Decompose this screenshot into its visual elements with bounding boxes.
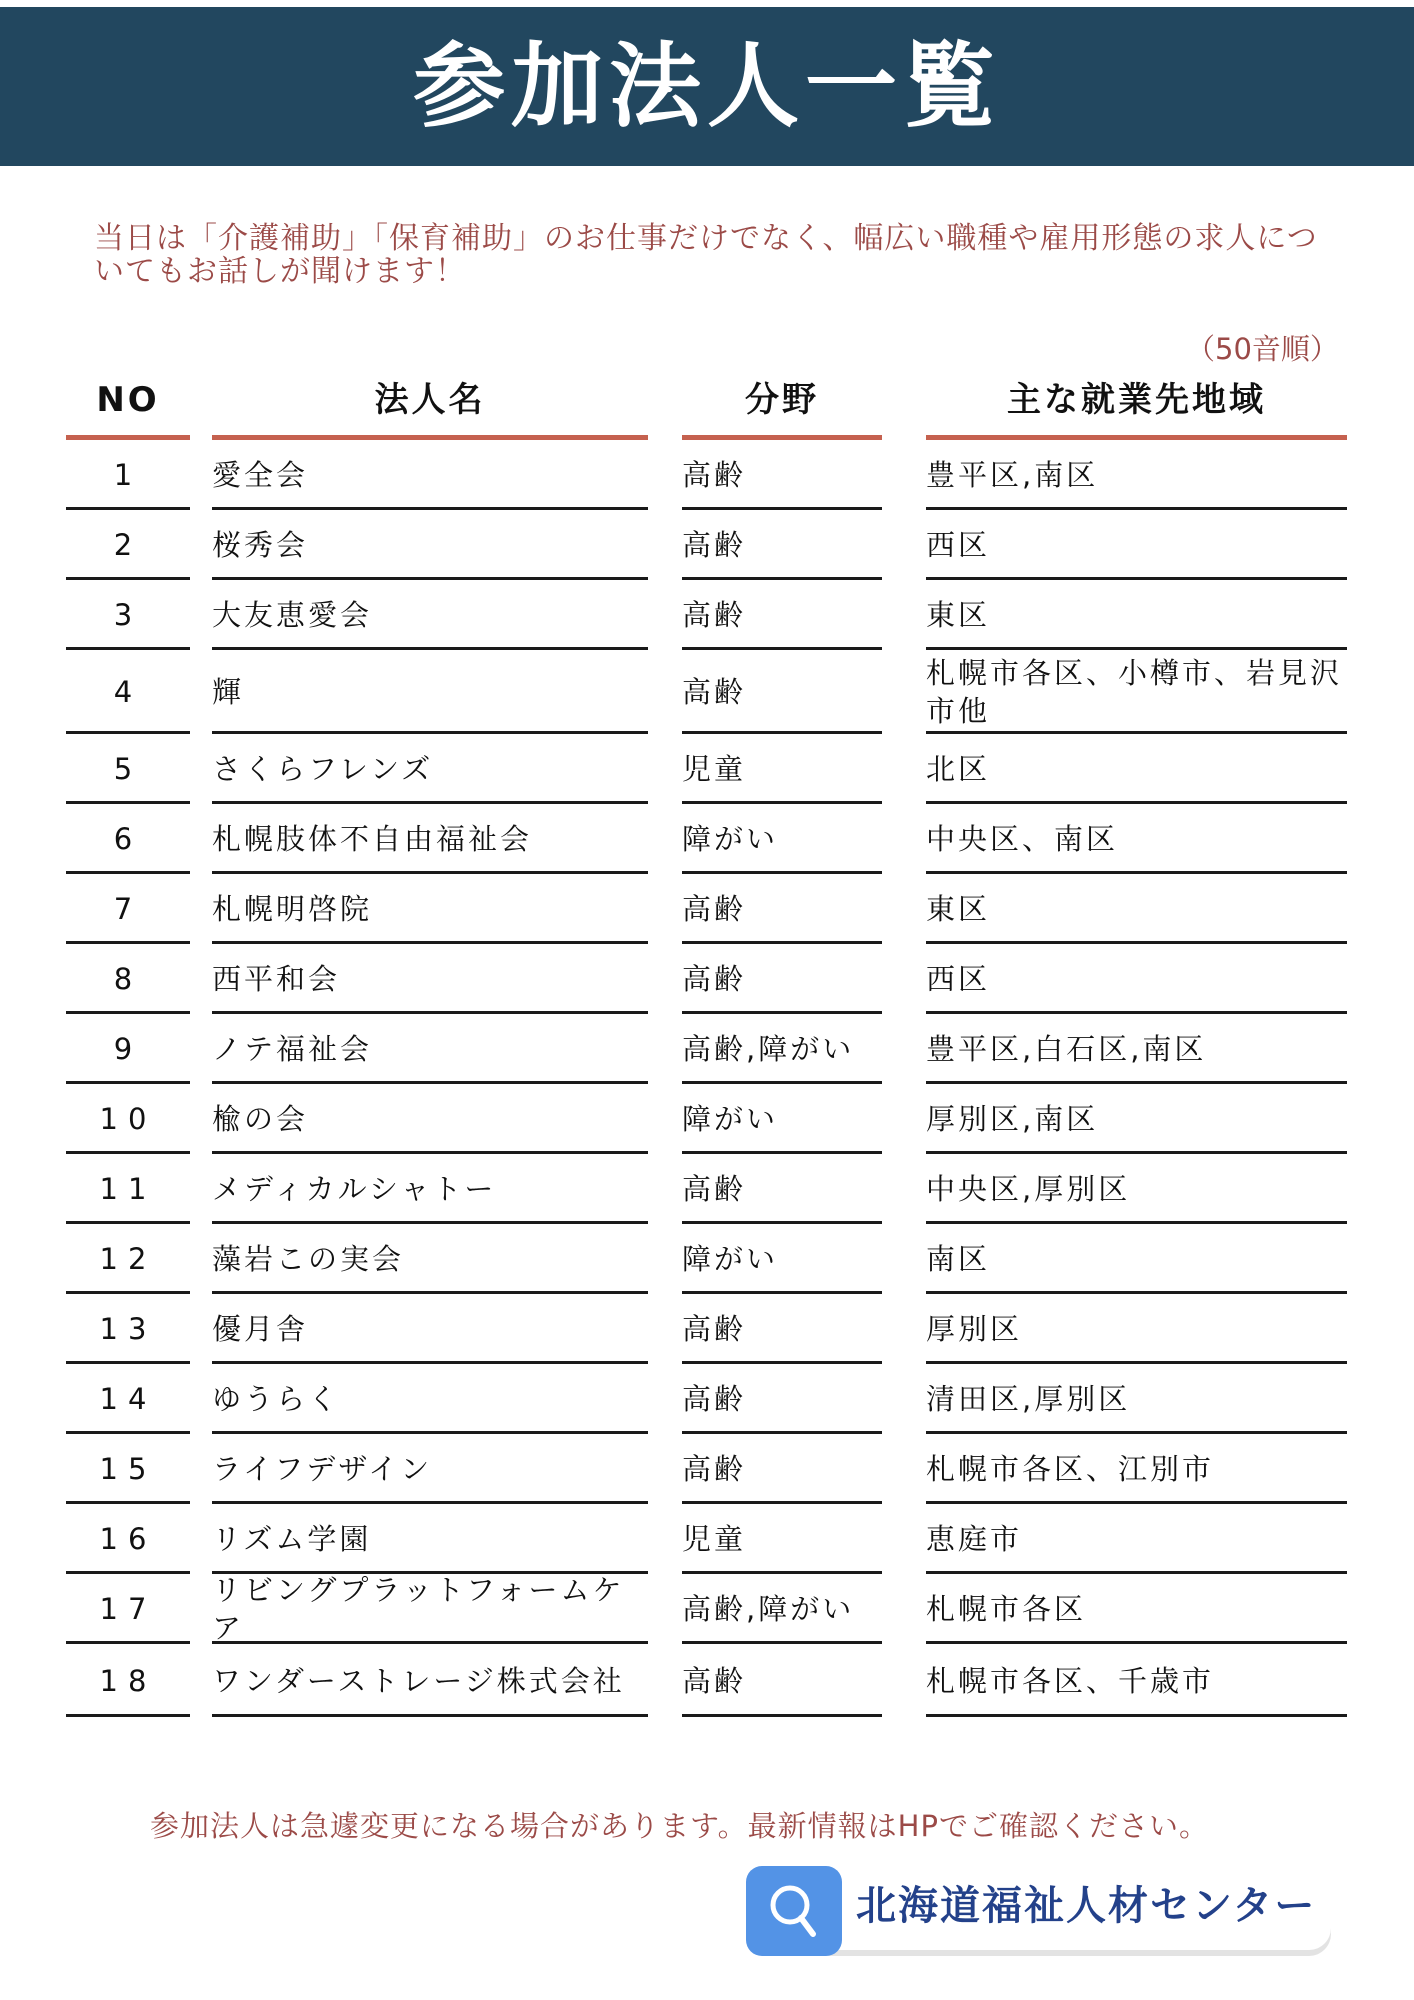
table-row: 8西平和会高齢西区 [0,944,1414,1014]
field: 障がい [682,1224,882,1294]
row-number-text: 10 [100,1100,157,1138]
field-text: 高齢,障がい [682,1030,854,1068]
table-row: 9ノテ福祉会高齢,障がい豊平区,白石区,南区 [0,1014,1414,1084]
work-area-text: 南区 [926,1240,990,1278]
organization-name: 愛全会 [212,440,648,510]
work-area-text: 厚別区,南区 [926,1100,1098,1138]
field: 高齢 [682,510,882,580]
organization-name-text: メディカルシャトー [212,1170,496,1208]
organization-name-text: 札幌明啓院 [212,890,372,928]
column-header-area: 主な就業先地域 [926,378,1347,422]
work-area-text: 札幌市各区、江別市 [926,1450,1214,1488]
row-number-text: 14 [100,1380,157,1418]
field-text: 高齢 [682,890,746,928]
work-area-text: 中央区、南区 [926,820,1118,858]
organization-name: リビングプラットフォームケア [212,1574,648,1644]
field: 高齢 [682,874,882,944]
field-text: 高齢 [682,596,746,634]
field: 児童 [682,734,882,804]
field: 高齢 [682,1644,882,1717]
search-icon-box [746,1866,842,1956]
field: 高齢 [682,580,882,650]
field: 高齢 [682,650,882,734]
table-row: 10楡の会障がい厚別区,南区 [0,1084,1414,1154]
organization-name-text: 大友恵愛会 [212,596,372,634]
table-row: 11メディカルシャトー高齢中央区,厚別区 [0,1154,1414,1224]
row-divider [212,1714,648,1717]
work-area-text: 清田区,厚別区 [926,1380,1130,1418]
field-text: 高齢 [682,960,746,998]
organization-name: 楡の会 [212,1084,648,1154]
search-badge[interactable]: 北海道福祉人材センター [746,1866,1334,1956]
table-row: 2桜秀会高齢西区 [0,510,1414,580]
organization-name: ノテ福祉会 [212,1014,648,1084]
field-text: 障がい [682,1100,778,1138]
work-area-text: 豊平区,南区 [926,456,1098,494]
table-row: 16リズム学園児童恵庭市 [0,1504,1414,1574]
row-number: 3 [66,580,190,650]
row-number: 10 [66,1084,190,1154]
work-area: 豊平区,白石区,南区 [926,1014,1347,1084]
organization-name: メディカルシャトー [212,1154,648,1224]
organization-name: さくらフレンズ [212,734,648,804]
work-area: 恵庭市 [926,1504,1347,1574]
organization-name: 優月舎 [212,1294,648,1364]
organization-name: 藻岩この実会 [212,1224,648,1294]
field-text: 高齢 [682,1450,746,1488]
table-row: 1愛全会高齢豊平区,南区 [0,440,1414,510]
field-text: 高齢,障がい [682,1590,854,1628]
field: 障がい [682,804,882,874]
field-text: 児童 [682,750,746,788]
column-header-no: NO [66,378,190,422]
table-row: 17リビングプラットフォームケア高齢,障がい札幌市各区 [0,1574,1414,1644]
row-number-text: 12 [100,1240,157,1278]
work-area: 中央区、南区 [926,804,1347,874]
organization-name-text: ワンダーストレージ株式会社 [212,1662,625,1700]
table-row: 18ワンダーストレージ株式会社高齢札幌市各区、千歳市 [0,1644,1414,1717]
work-area-text: 東区 [926,890,990,928]
work-area: 厚別区,南区 [926,1084,1347,1154]
organization-name-text: 札幌肢体不自由福祉会 [212,820,532,858]
sort-order-note: （50音順） [1186,332,1339,366]
field: 高齢,障がい [682,1014,882,1084]
intro-text: 当日は「介護補助」「保育補助」のお仕事だけでなく、幅広い職種や雇用形態の求人につ… [94,222,1344,288]
row-number-text: 13 [100,1310,157,1348]
row-divider [66,1714,190,1717]
field-text: 高齢 [682,1170,746,1208]
row-number-text: 8 [114,960,142,998]
organization-name: リズム学園 [212,1504,648,1574]
organization-name: 札幌明啓院 [212,874,648,944]
row-number: 17 [66,1574,190,1644]
field: 児童 [682,1504,882,1574]
search-badge-label: 北海道福祉人材センター [856,1878,1316,1934]
table-row: 13優月舎高齢厚別区 [0,1294,1414,1364]
field-text: 高齢 [682,1380,746,1418]
column-header-field: 分野 [682,378,882,422]
table-row: 12藻岩この実会障がい南区 [0,1224,1414,1294]
organization-name: 輝 [212,650,648,734]
work-area: 札幌市各区、江別市 [926,1434,1347,1504]
row-number-text: 1 [114,456,142,494]
column-header-name: 法人名 [212,378,648,422]
row-divider [926,1714,1347,1717]
row-divider [682,1714,882,1717]
organization-name-text: 愛全会 [212,456,308,494]
row-number-text: 16 [100,1520,157,1558]
table-row: 14ゆうらく高齢清田区,厚別区 [0,1364,1414,1434]
row-number: 18 [66,1644,190,1717]
work-area: 札幌市各区、小樽市、岩見沢市他 [926,650,1347,734]
work-area: 西区 [926,944,1347,1014]
row-number: 6 [66,804,190,874]
organization-name: 札幌肢体不自由福祉会 [212,804,648,874]
row-number-text: 5 [114,750,142,788]
field-text: 高齢 [682,673,746,711]
search-icon [766,1881,822,1941]
work-area-text: 札幌市各区、千歳市 [926,1662,1214,1700]
field-text: 障がい [682,820,778,858]
work-area: 厚別区 [926,1294,1347,1364]
row-number-text: 18 [100,1662,157,1700]
row-number-text: 17 [100,1590,157,1628]
organization-name: 西平和会 [212,944,648,1014]
organization-name-text: 輝 [212,673,244,711]
work-area: 札幌市各区、千歳市 [926,1644,1347,1717]
work-area: 中央区,厚別区 [926,1154,1347,1224]
organization-name: ワンダーストレージ株式会社 [212,1644,648,1717]
organization-name-text: 桜秀会 [212,526,308,564]
organization-name-text: ノテ福祉会 [212,1030,372,1068]
work-area-text: 恵庭市 [926,1520,1022,1558]
organization-name-text: 楡の会 [212,1100,308,1138]
row-number: 13 [66,1294,190,1364]
row-number: 15 [66,1434,190,1504]
table-row: 5さくらフレンズ児童北区 [0,734,1414,804]
field: 高齢 [682,1364,882,1434]
work-area: 西区 [926,510,1347,580]
field: 高齢,障がい [682,1574,882,1644]
table-row: 3大友恵愛会高齢東区 [0,580,1414,650]
field-text: 障がい [682,1240,778,1278]
row-number-text: 2 [114,526,142,564]
row-number: 12 [66,1224,190,1294]
page-title: 参加法人一覧 [413,41,1001,133]
work-area-text: 中央区,厚別区 [926,1170,1130,1208]
table-row: 15ライフデザイン高齢札幌市各区、江別市 [0,1434,1414,1504]
row-number: 5 [66,734,190,804]
work-area-text: 札幌市各区、小樽市、岩見沢市他 [926,654,1347,730]
row-number-text: 4 [114,673,142,711]
organization-name: 大友恵愛会 [212,580,648,650]
table-row: 6札幌肢体不自由福祉会障がい中央区、南区 [0,804,1414,874]
table-row: 4輝高齢札幌市各区、小樽市、岩見沢市他 [0,650,1414,734]
row-number: 9 [66,1014,190,1084]
organization-name-text: さくらフレンズ [212,750,433,788]
field-text: 高齢 [682,526,746,564]
row-number-text: 3 [114,596,142,634]
table-row: 7札幌明啓院高齢東区 [0,874,1414,944]
field-text: 高齢 [682,1662,746,1700]
organization-name: ライフデザイン [212,1434,648,1504]
work-area-text: 豊平区,白石区,南区 [926,1030,1206,1068]
row-number: 1 [66,440,190,510]
row-number: 4 [66,650,190,734]
header-bar: 参加法人一覧 [0,7,1414,166]
field: 障がい [682,1084,882,1154]
organization-name-text: 優月舎 [212,1310,308,1348]
row-number-text: 11 [100,1170,157,1208]
row-number: 8 [66,944,190,1014]
organization-name-text: ライフデザイン [212,1450,432,1488]
row-number: 11 [66,1154,190,1224]
field: 高齢 [682,440,882,510]
row-number: 14 [66,1364,190,1434]
organization-name-text: リビングプラットフォームケア [212,1571,648,1647]
work-area-text: 札幌市各区 [926,1590,1086,1628]
field: 高齢 [682,944,882,1014]
footer-note: 参加法人は急遽変更になる場合があります。最新情報はHPでご確認ください。 [150,1808,1300,1844]
row-number: 7 [66,874,190,944]
work-area: 清田区,厚別区 [926,1364,1347,1434]
row-number-text: 15 [100,1450,157,1488]
work-area: 東区 [926,874,1347,944]
work-area-text: 西区 [926,960,990,998]
work-area: 北区 [926,734,1347,804]
field-text: 高齢 [682,1310,746,1348]
row-number-text: 9 [114,1030,142,1068]
work-area-text: 東区 [926,596,990,634]
work-area-text: 西区 [926,526,990,564]
work-area: 南区 [926,1224,1347,1294]
work-area: 豊平区,南区 [926,440,1347,510]
field-text: 高齢 [682,456,746,494]
work-area: 札幌市各区 [926,1574,1347,1644]
field-text: 児童 [682,1520,746,1558]
organization-name-text: 藻岩この実会 [212,1240,404,1278]
field: 高齢 [682,1294,882,1364]
field: 高齢 [682,1434,882,1504]
row-number: 2 [66,510,190,580]
row-number-text: 7 [114,890,142,928]
organization-name-text: ゆうらく [212,1380,340,1418]
organization-name-text: 西平和会 [212,960,340,998]
row-number-text: 6 [114,820,142,858]
field: 高齢 [682,1154,882,1224]
work-area: 東区 [926,580,1347,650]
organization-name: ゆうらく [212,1364,648,1434]
organization-name-text: リズム学園 [212,1520,371,1558]
work-area-text: 厚別区 [926,1310,1022,1348]
row-number: 16 [66,1504,190,1574]
organization-name: 桜秀会 [212,510,648,580]
work-area-text: 北区 [926,750,990,788]
